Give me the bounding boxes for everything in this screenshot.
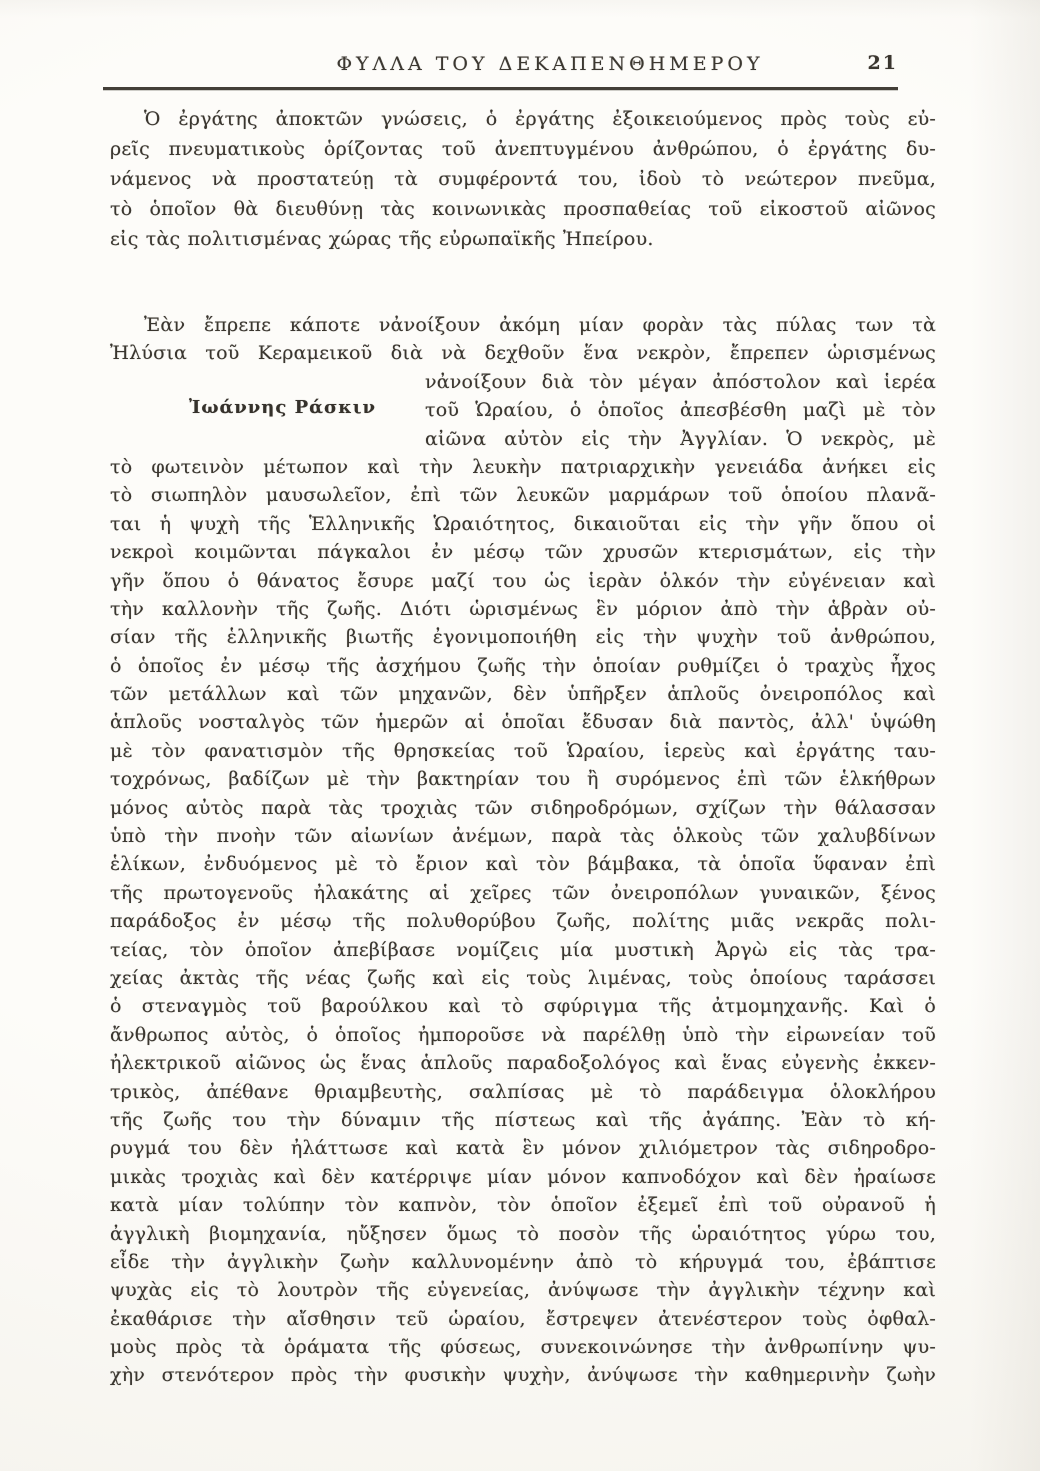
text-line: νεκροὶ κοιμῶνται πάγκαλοι ἐν μέσῳ τῶν χρ… <box>110 538 936 566</box>
header-rule <box>103 87 898 90</box>
text-line: ἁπλοῦς νοσταλγὸς τῶν ἡμερῶν αἱ ὁποῖαι ἔδ… <box>110 708 936 736</box>
text-line: τοχρόνως, βαδίζων μὲ τὴν βακτηρίαν του ἢ… <box>110 765 936 793</box>
text-line: τὴν καλλονὴν τῆς ζωῆς. Διότι ὡρισμένως ἓ… <box>110 595 936 623</box>
text-line: ἑλίκων, ἐνδυόμενος μὲ τὸ ἔριον καὶ τὸν β… <box>110 850 936 878</box>
text-line: αἰῶνα αὐτὸν εἰς τὴν Ἀγγλίαν. Ὁ νεκρὸς, μ… <box>425 425 936 453</box>
text-line: ὁ ὁποῖος ἐν μέσῳ τῆς ἀσχήμου ζωῆς τὴν ὁπ… <box>110 652 936 680</box>
text-line: τείας, τὸν ὁποῖον ἀπεβίβασε νομίζεις μία… <box>110 936 936 964</box>
text-line: τὸ φωτεινὸν μέτωπον καὶ τὴν λευκὴν πατρι… <box>110 453 936 481</box>
text-line: κατὰ μίαν τολύπην τὸν καπνὸν, τὸν ὁποῖον… <box>110 1191 936 1219</box>
text-line: εἰς τὰς πολιτισμένας χώρας τῆς εὐρωπαϊκῆ… <box>110 224 936 254</box>
text-line: μὲ τὸν φανατισμὸν τῆς θρησκείας τοῦ Ὡραί… <box>110 737 936 765</box>
text-line: μικὰς τροχιὰς καὶ δὲν κατέρριψε μίαν μόν… <box>110 1163 936 1191</box>
text-line: τῆς πρωτογενοῦς ἠλακάτης αἱ χεῖρες τῶν ὀ… <box>110 879 936 907</box>
text-line: παράδοξος ἐν μέσῳ τῆς πολυθορύβου ζωῆς, … <box>110 907 936 935</box>
text-line: γῆν ὅπου ὁ θάνατος ἔσυρε μαζί του ὡς ἱερ… <box>110 567 936 595</box>
text-line: σίαν τῆς ἑλληνικῆς βιωτῆς ἐγονιμοποιήθη … <box>110 623 936 651</box>
page-number: 21 <box>840 52 898 74</box>
text-line: εἶδε τὴν ἀγγλικὴν ζωὴν καλλυνομένην ἀπὸ … <box>110 1248 936 1276</box>
opening-paragraph: Ὁ ἐργάτης ἀποκτῶν γνώσεις, ὁ ἐργάτης ἐξο… <box>110 104 936 254</box>
text-line: ρυγμά του δὲν ἠλάττωσε καὶ κατὰ ἓν μόνον… <box>110 1134 936 1162</box>
text-line: ἐκαθάρισε τὴν αἴσθησιν τεῦ ὡραίου, ἔστρε… <box>110 1305 936 1333</box>
text-line: Ὁ ἐργάτης ἀποκτῶν γνώσεις, ὁ ἐργάτης ἐξο… <box>110 104 936 134</box>
text-line: ὑπὸ τὴν πνοὴν τῶν αἰωνίων ἀνέμων, παρὰ τ… <box>110 822 936 850</box>
text-line: τῶν μετάλλων καὶ τῶν μηχανῶν, δὲν ὑπῆρξε… <box>110 680 936 708</box>
text-line: τοῦ Ὡραίου, ὁ ὁποῖος ἀπεσβέσθη μαζὶ μὲ τ… <box>425 396 936 424</box>
text-line: ἠλεκτρικοῦ αἰῶνος ὡς ἕνας ἁπλοῦς παραδοξ… <box>110 1049 936 1077</box>
text-line: τῆς ζωῆς του τὴν δύναμιν τῆς πίστεως καὶ… <box>110 1106 936 1134</box>
text-line: ψυχὰς εἰς τὸ λουτρὸν τῆς εὐγενείας, ἀνύψ… <box>110 1276 936 1304</box>
text-line: τὸ ὁποῖον θὰ διευθύνῃ τὰς κοινωνικὰς προ… <box>110 194 936 224</box>
text-line: χείας ἀκτὰς τῆς νέας ζωῆς καὶ εἰς τοὺς λ… <box>110 964 936 992</box>
text-line: ὁ στεναγμὸς τοῦ βαρούλκου καὶ τὸ σφύριγμ… <box>110 992 936 1020</box>
text-line: ρεῖς πνευματικοὺς ὁρίζοντας τοῦ ἀνεπτυγμ… <box>110 134 936 164</box>
text-line: μοὺς πρὸς τὰ ὁράματα τῆς φύσεως, συνεκοι… <box>110 1333 936 1361</box>
text-line: τὸ σιωπηλὸν μαυσωλεῖον, ἐπὶ τῶν λευκῶν μ… <box>110 481 936 509</box>
text-line: ἀγγλικὴ βιομηχανία, ηὔξησεν ὅμως τὸ ποσὸ… <box>110 1220 936 1248</box>
text-line: νάμενος νὰ προστατεύῃ τὰ συμφέροντά του,… <box>110 164 936 194</box>
page-title: ΦΥΛΛΑ ΤΟΥ ΔΕΚΑΠΕΝΘΗΜΕΡΟΥ <box>200 53 900 75</box>
scanned-page: ΦΥΛΛΑ ΤΟΥ ΔΕΚΑΠΕΝΘΗΜΕΡΟΥ 21 Ὁ ἐργάτης ἀπ… <box>0 0 1040 1471</box>
text-line: τρικὸς, ἀπέθανε θριαμβευτὴς, σαλπίσας μὲ… <box>110 1078 936 1106</box>
text-line: Ἠλύσια τοῦ Κεραμεικοῦ διὰ νὰ δεχθοῦν ἕνα… <box>110 339 936 367</box>
text-line: ἄνθρωπος αὐτὸς, ὁ ὁποῖος ἠμποροῦσε νὰ πα… <box>110 1021 936 1049</box>
text-line: μόνος αὐτὸς παρὰ τὰς τροχιὰς τῶν σιδηροδ… <box>110 794 936 822</box>
ruskin-paragraph: Ἐὰν ἔπρεπε κάποτε νἀνοίξουν ἀκόμη μίαν φ… <box>110 311 936 1390</box>
text-line: Ἐὰν ἔπρεπε κάποτε νἀνοίξουν ἀκόμη μίαν φ… <box>110 311 936 339</box>
text-line: χὴν στενότερον πρὸς τὴν φυσικὴν ψυχὴν, ἀ… <box>110 1361 936 1389</box>
text-line: νἀνοίξουν διὰ τὸν μέγαν ἀπόστολον καὶ ἱε… <box>425 368 936 396</box>
text-line: ται ἡ ψυχὴ τῆς Ἑλληνικῆς Ὡραιότητος, δικ… <box>110 510 936 538</box>
